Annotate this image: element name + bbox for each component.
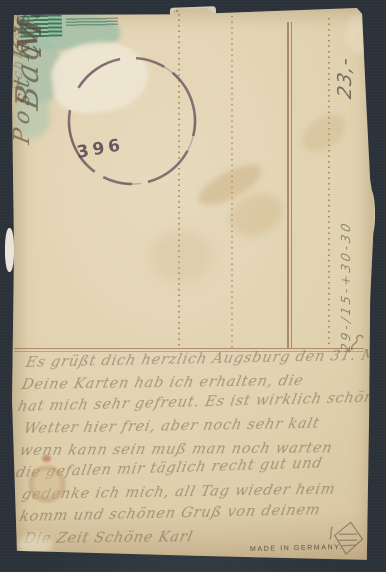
- stain-center-blob: [150, 230, 212, 282]
- postmark: 396: [48, 46, 198, 196]
- address-rule-line-3: [328, 18, 330, 348]
- postmark-digits: 396: [75, 135, 125, 163]
- stamp-printed-speck-row: [66, 18, 118, 28]
- postmark-circle-faint: [51, 46, 198, 196]
- stain-top-right: [296, 107, 353, 159]
- stain-ring-bottom-left: [27, 464, 67, 504]
- address-rule-double-line-a: [287, 22, 289, 348]
- postcard: 396 Herrn Mathias Kunzelmann Schlosserme…: [10, 6, 376, 566]
- address-recipient-title: Herrn: [10, 0, 54, 15]
- publisher-emblem-icon: [324, 516, 370, 564]
- corner-wear-top-right: [346, 14, 372, 54]
- address-rule-line-1: [178, 14, 180, 348]
- edge-chip-left: [5, 228, 14, 272]
- stain-red-speck: [42, 455, 51, 462]
- photo-background: 396 Herrn Mathias Kunzelmann Schlosserme…: [0, 0, 386, 572]
- pencil-dealer-code: 29-/15-+30-30: [338, 190, 353, 353]
- pencil-price-note: 23,-: [334, 44, 356, 101]
- corner-wear-bottom-left: [18, 534, 52, 556]
- address-rule-double-line-b: [291, 22, 293, 348]
- stamp-perforation-edge: [46, 10, 178, 12]
- address-post-office: Post Kissing,: [10, 0, 35, 146]
- postmark-circle: [48, 46, 198, 196]
- message-area: Es grüßt dich herzlich Augsburg den 31. …: [16, 352, 370, 550]
